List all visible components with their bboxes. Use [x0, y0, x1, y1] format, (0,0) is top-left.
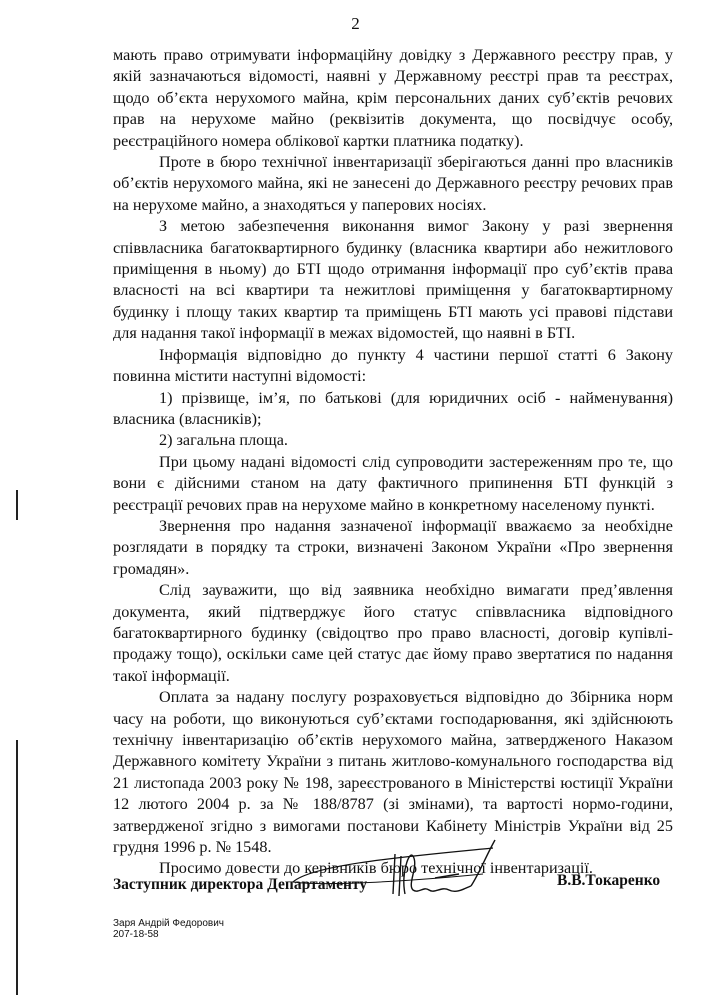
list-item: 2) загальна площа. [113, 430, 673, 451]
executor-contact: Заря Андрій Федорович 207-18-58 [113, 918, 224, 940]
paragraph: Слід зауважити, що від заявника необхідн… [113, 580, 673, 687]
signer-name: В.В.Токаренко [557, 872, 660, 890]
page-number: 2 [0, 14, 711, 34]
executor-phone: 207-18-58 [113, 929, 224, 940]
signature-block: Заступник директора Департаменту В.В.Ток… [113, 868, 673, 898]
paragraph: З метою забезпечення виконання вимог Зак… [113, 216, 673, 344]
handwritten-signature-icon [273, 834, 533, 904]
paragraph: Звернення про надання зазначеної інформа… [113, 516, 673, 580]
list-item: 1) прізвище, ім’я, по батькові (для юрид… [113, 388, 673, 431]
scan-margin-line [16, 740, 18, 995]
paragraph: Оплата за надану послугу розраховується … [113, 687, 673, 858]
executor-name: Заря Андрій Федорович [113, 918, 224, 929]
scan-margin-line [16, 490, 18, 520]
paragraph: мають право отримувати інформаційну дові… [113, 45, 673, 152]
letter-body: мають право отримувати інформаційну дові… [113, 45, 673, 880]
paragraph: Інформація відповідно до пункту 4 частин… [113, 345, 673, 388]
paragraph: При цьому надані відомості слід супровод… [113, 452, 673, 516]
paragraph: Проте в бюро технічної інвентаризації зб… [113, 152, 673, 216]
